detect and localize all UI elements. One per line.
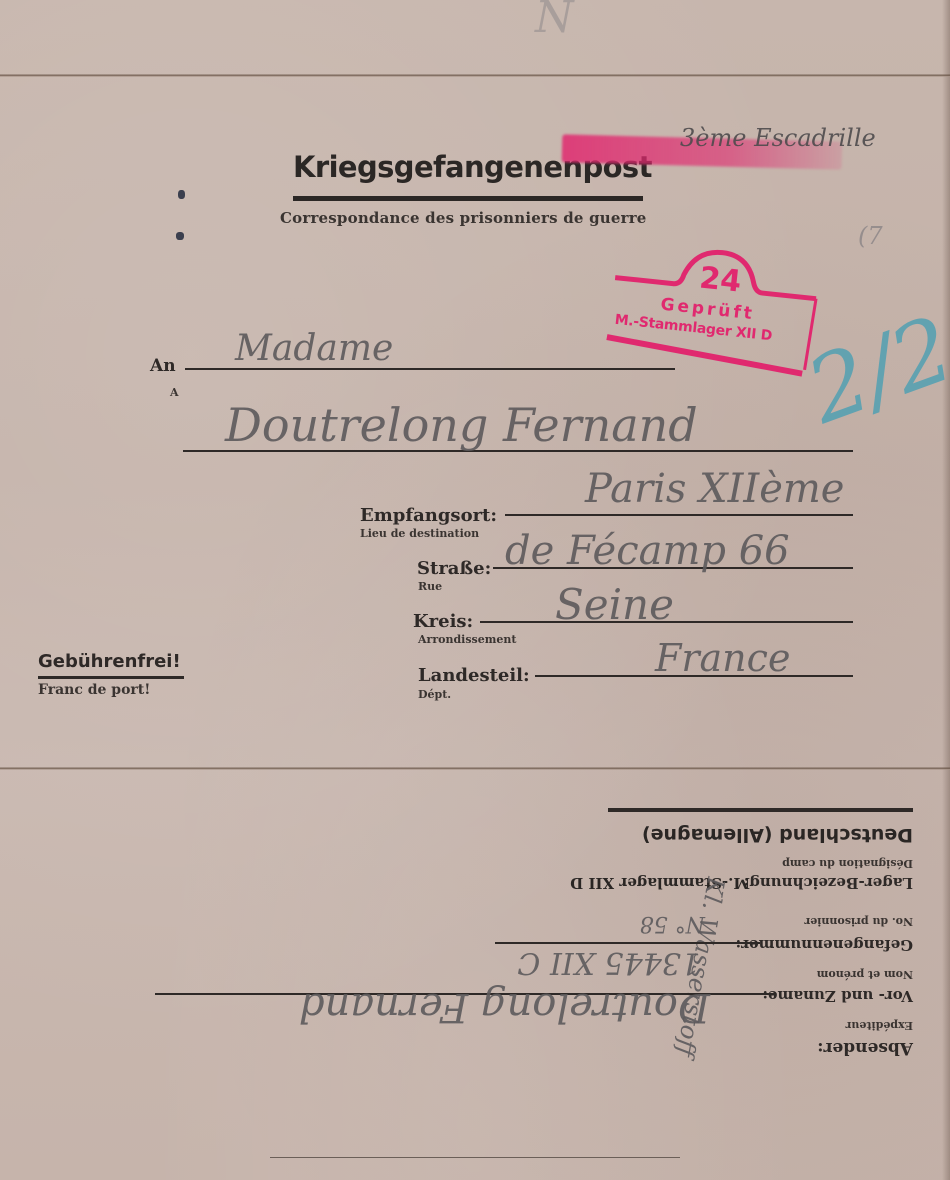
pencil-paren-note: (7 (858, 222, 883, 250)
district-label: Kreis: (413, 611, 473, 632)
postage-free-label: Gebührenfrei! (38, 651, 181, 672)
sender-sublabel: Expéditeur (846, 1019, 913, 1032)
postage-free-underline (38, 676, 184, 679)
pencil-marks-top: N (535, 0, 574, 43)
sender-label: Absender: (817, 1038, 913, 1058)
stamp-number: 24 (698, 261, 743, 300)
prisoner-number-extra: N° 58 (640, 911, 705, 936)
prisoner-number-handwritten: 13445 XII C (517, 945, 700, 980)
region-handwritten: France (655, 636, 790, 680)
camp-sublabel: Désignation du camp (782, 857, 913, 870)
region-sublabel: Dépt. (418, 688, 451, 701)
street-sublabel: Rue (418, 580, 442, 593)
title-underline (293, 196, 643, 201)
bottom-faint-rule (270, 1157, 680, 1158)
censor-examined-stamp: 24 Geprüft M.-Stammlager XII D (602, 237, 824, 388)
camp-label: Lager-Bezeichnung: (744, 874, 913, 892)
sender-name-label: Vor- und Zuname: (762, 987, 913, 1005)
sender-name-sublabel: Nom et prénom (817, 968, 913, 981)
destination-label: Empfangsort: (360, 505, 497, 526)
recipient-name-handwritten: Doutrelong Fernand (225, 398, 698, 452)
ink-smudge (178, 190, 185, 199)
prisoner-number-label: Gefangenennummer: (736, 936, 913, 954)
destination-line (505, 514, 853, 516)
region-label: Landesteil: (418, 665, 530, 686)
sender-section-upside-down: Deutschland (Allemagne) Lager-Bezeichnun… (0, 770, 950, 1180)
recipient-to-sublabel: A (170, 386, 179, 399)
postage-free-sublabel: Franc de port! (38, 682, 150, 698)
recipient-to-label: An (150, 356, 176, 376)
street-handwritten: de Fécamp 66 (505, 528, 790, 574)
destination-handwritten: Paris XIIème (585, 466, 844, 512)
prisoner-number-sublabel: No. du prisonnier (804, 915, 913, 928)
district-sublabel: Arrondissement (418, 633, 516, 646)
document-subtitle: Correspondance des prisonniers de guerre (280, 209, 647, 227)
destination-sublabel: Lieu de destination (360, 527, 479, 540)
prisoner-number-line (495, 942, 760, 944)
street-label: Straße: (417, 558, 491, 579)
sender-country: Deutschland (Allemagne) (642, 824, 913, 846)
country-rule (608, 808, 913, 812)
sender-name-handwritten: Doutrelong Fernand (299, 984, 710, 1030)
recipient-title-handwritten: Madame (235, 328, 393, 369)
pencil-note-top-right: 3ème Escadrille (680, 124, 876, 152)
ink-smudge (176, 232, 184, 240)
fold-crease-top (0, 74, 950, 77)
district-handwritten: Seine (555, 580, 674, 629)
